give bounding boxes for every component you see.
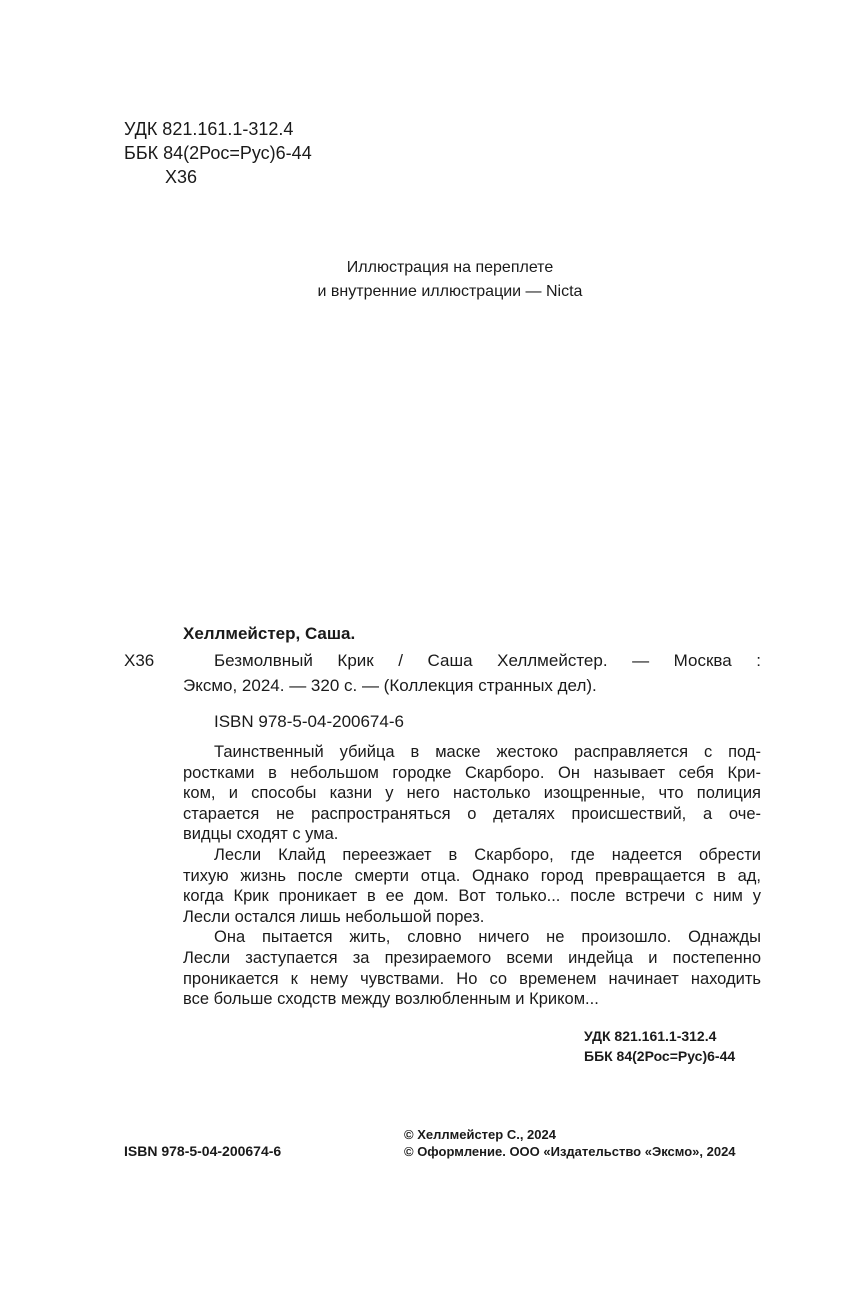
annotation-line: ростками в небольшом городке Скарборо. О… bbox=[183, 763, 761, 783]
cutter-code: Х36 bbox=[165, 165, 197, 189]
annotation-line: когда Крик проникает в ее дом. Вот тольк… bbox=[183, 886, 761, 906]
annotation-line: Таинственный убийца в маске жестоко расп… bbox=[183, 742, 761, 762]
annotation-line: Лесли Клайд переезжает в Скарборо, где н… bbox=[183, 845, 761, 865]
catalog-isbn: ISBN 978-5-04-200674-6 bbox=[214, 710, 404, 734]
imprint-page: УДК 821.161.1-312.4 ББК 84(2Рос=Рус)6-44… bbox=[0, 0, 844, 1311]
copyright-design: © Оформление. ООО «Издательство «Эксмо»,… bbox=[404, 1142, 736, 1162]
annotation-line: проникается к нему чувствами. Но со врем… bbox=[183, 969, 761, 989]
annotation-line: Лесли заступается за презираемого всеми … bbox=[183, 948, 761, 968]
footer-isbn: ISBN 978-5-04-200674-6 bbox=[124, 1141, 281, 1161]
annotation-line: Она пытается жить, словно ничего не прои… bbox=[183, 927, 761, 947]
udk-code-bottom: УДК 821.161.1-312.4 bbox=[584, 1026, 716, 1047]
catalog-cutter: Х36 bbox=[124, 649, 154, 673]
annotation-line: старается не распространяться о деталях … bbox=[183, 804, 761, 824]
bbk-code-bottom: ББК 84(2Рос=Рус)6-44 bbox=[584, 1046, 735, 1067]
annotation-line: видцы сходят с ума. bbox=[183, 824, 761, 844]
annotation-line: Лесли остался лишь небольшой порез. bbox=[183, 907, 761, 927]
catalog-author: Хеллмейстер, Саша. bbox=[183, 622, 355, 646]
bbk-code: ББК 84(2Рос=Рус)6-44 bbox=[124, 141, 312, 165]
annotation-line: ком, и способы казни у него настолько из… bbox=[183, 783, 761, 803]
catalog-description-line-1: Безмолвный Крик / Саша Хеллмейстер. — Мо… bbox=[214, 648, 761, 673]
illustration-credit-line-2: и внутренние иллюстрации — Nicta bbox=[240, 280, 660, 304]
illustration-credit-line-1: Иллюстрация на переплете bbox=[240, 256, 660, 280]
annotation-line: тихую жизнь после смерти отца. Однако го… bbox=[183, 866, 761, 886]
udk-code: УДК 821.161.1-312.4 bbox=[124, 117, 293, 141]
catalog-description-line-2: Эксмо, 2024. — 320 с. — (Коллекция стран… bbox=[183, 673, 597, 698]
annotation-line: все больше сходств между возлюбленным и … bbox=[183, 989, 761, 1009]
